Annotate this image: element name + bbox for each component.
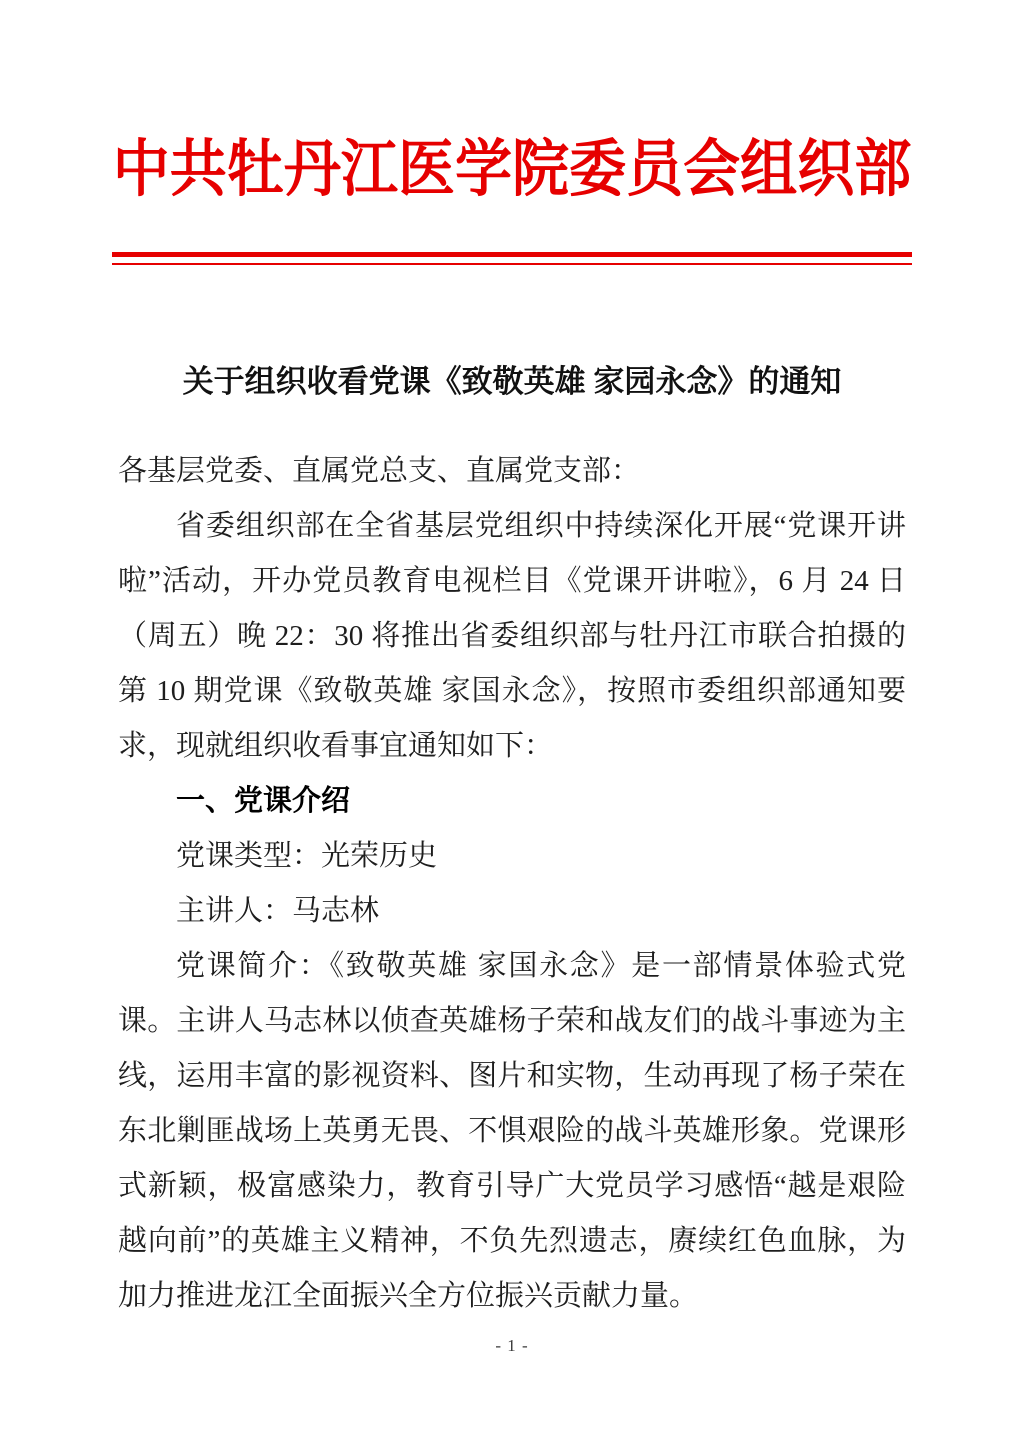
red-double-rule-divider	[112, 252, 912, 265]
letterhead-org-name: 中共牡丹江医学院委员会组织部	[113, 125, 912, 215]
document-page: 中共牡丹江医学院委员会组织部 关于组织收看党课《致敬英雄 家园永念》的通知 各基…	[0, 0, 1024, 1448]
letterhead: 中共牡丹江医学院委员会组织部	[0, 125, 1024, 231]
body-paragraphs: 各基层党委、直属党总支、直属党支部：省委组织部在全省基层党组织中持续深化开展“党…	[118, 444, 906, 1324]
body-paragraph: 各基层党委、直属党总支、直属党支部：	[118, 444, 906, 499]
body-paragraph: 主讲人：马志林	[118, 884, 906, 939]
document-title: 关于组织收看党课《致敬英雄 家园永念》的通知	[0, 360, 1024, 404]
body-paragraph: 党课简介：《致敬英雄 家国永念》是一部情景体验式党课。主讲人马志林以侦查英雄杨子…	[118, 939, 906, 1324]
page-number: - 1 -	[0, 1336, 1024, 1356]
section-heading: 一、党课介绍	[118, 774, 906, 829]
body-paragraph: 省委组织部在全省基层党组织中持续深化开展“党课开讲啦”活动，开办党员教育电视栏目…	[118, 499, 906, 774]
body-paragraph: 党课类型：光荣历史	[118, 829, 906, 884]
